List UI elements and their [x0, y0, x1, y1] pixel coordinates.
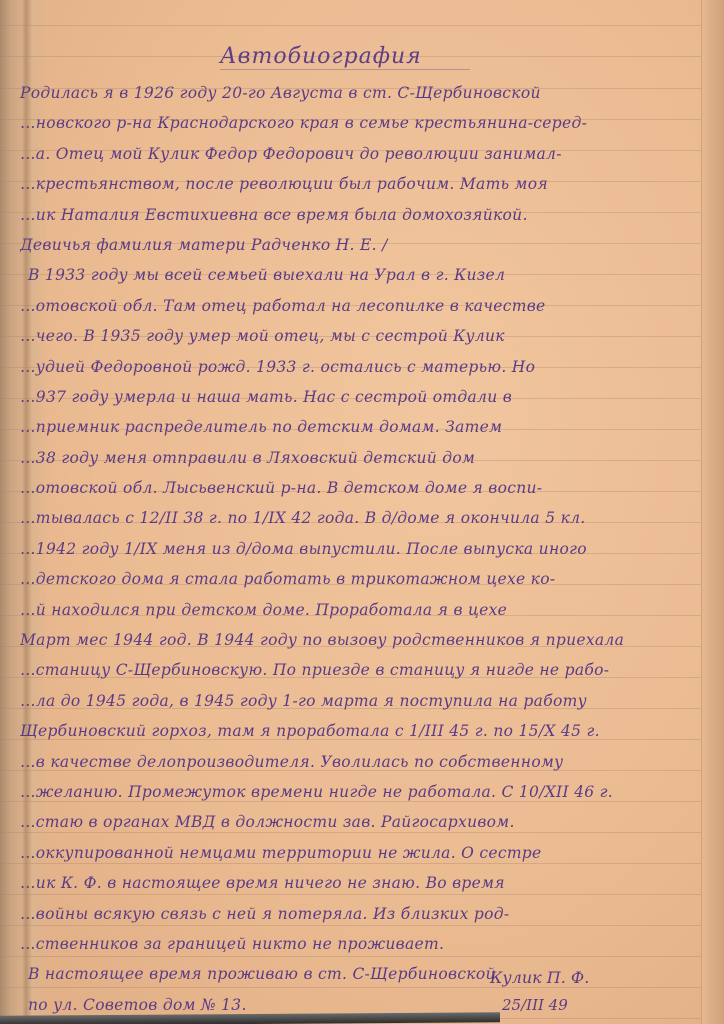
text-line: Родилась я в 1926 году 20-го Августа в с…: [20, 78, 710, 108]
text-line: …желанию. Промежуток времени нигде не ра…: [20, 777, 710, 807]
text-line: …1942 году 1/IX меня из д/дома выпустили…: [20, 534, 710, 564]
text-line: Щербиновский горхоз, там я проработала с…: [20, 716, 710, 746]
text-line: …а. Отец мой Кулик Федор Федорович до ре…: [20, 139, 710, 169]
text-line: Март мес 1944 год. В 1944 году по вызову…: [20, 625, 710, 655]
text-line: …новского р-на Краснодарского края в сем…: [20, 108, 710, 138]
text-line: …станицу С-Щербиновскую. По приезде в ст…: [20, 655, 710, 685]
text-line: …детского дома я стала работать в трикот…: [20, 564, 710, 594]
signature: Кулик П. Ф.: [490, 968, 589, 987]
text-line: …ственников за границей никто не прожива…: [20, 929, 710, 959]
text-line: Девичья фамилия матери Радченко Н. Е. /: [20, 230, 710, 260]
document-title: Автобиография: [220, 44, 470, 70]
text-line: …отовской обл. Там отец работал на лесоп…: [20, 291, 710, 321]
text-line: …крестьянством, после революции был рабо…: [20, 169, 710, 199]
text-line: В настоящее время проживаю в ст. С-Щерби…: [20, 959, 710, 989]
text-line: …937 году умерла и наша мать. Нас с сест…: [20, 382, 710, 412]
text-line: В 1933 году мы всей семьей выехали на Ур…: [20, 260, 710, 290]
text-line: …удией Федоровной рожд. 1933 г. остались…: [20, 352, 710, 382]
text-line: …ик Наталия Евстихиевна все время была д…: [20, 200, 710, 230]
text-line: …ик К. Ф. в настоящее время ничего не зн…: [20, 868, 710, 898]
text-line: …отовской обл. Лысьвенский р-на. В детск…: [20, 473, 710, 503]
text-line: …ла до 1945 года, в 1945 году 1-го марта…: [20, 686, 710, 716]
text-line: …тывалась с 12/II 38 г. по 1/IX 42 года.…: [20, 503, 710, 533]
text-line: …стаю в органах МВД в должности зав. Рай…: [20, 807, 710, 837]
text-line: …оккупированной немцами территории не жи…: [20, 838, 710, 868]
text-line: …й находился при детском доме. Проработа…: [20, 595, 710, 625]
handwritten-body: Родилась я в 1926 году 20-го Августа в с…: [20, 78, 710, 1020]
text-line: …38 году меня отправили в Ляховский детс…: [20, 443, 710, 473]
signature-date: 25/III 49: [502, 996, 568, 1014]
text-line: …в качестве делопроизводителя. Уволилась…: [20, 747, 710, 777]
text-line: …приемник распределитель по детским дома…: [20, 412, 710, 442]
scanned-page: Автобиография Родилась я в 1926 году 20-…: [0, 0, 724, 1024]
text-line: …войны всякую связь с ней я потеряла. Из…: [20, 899, 710, 929]
text-line: …чего. В 1935 году умер мой отец, мы с с…: [20, 321, 710, 351]
